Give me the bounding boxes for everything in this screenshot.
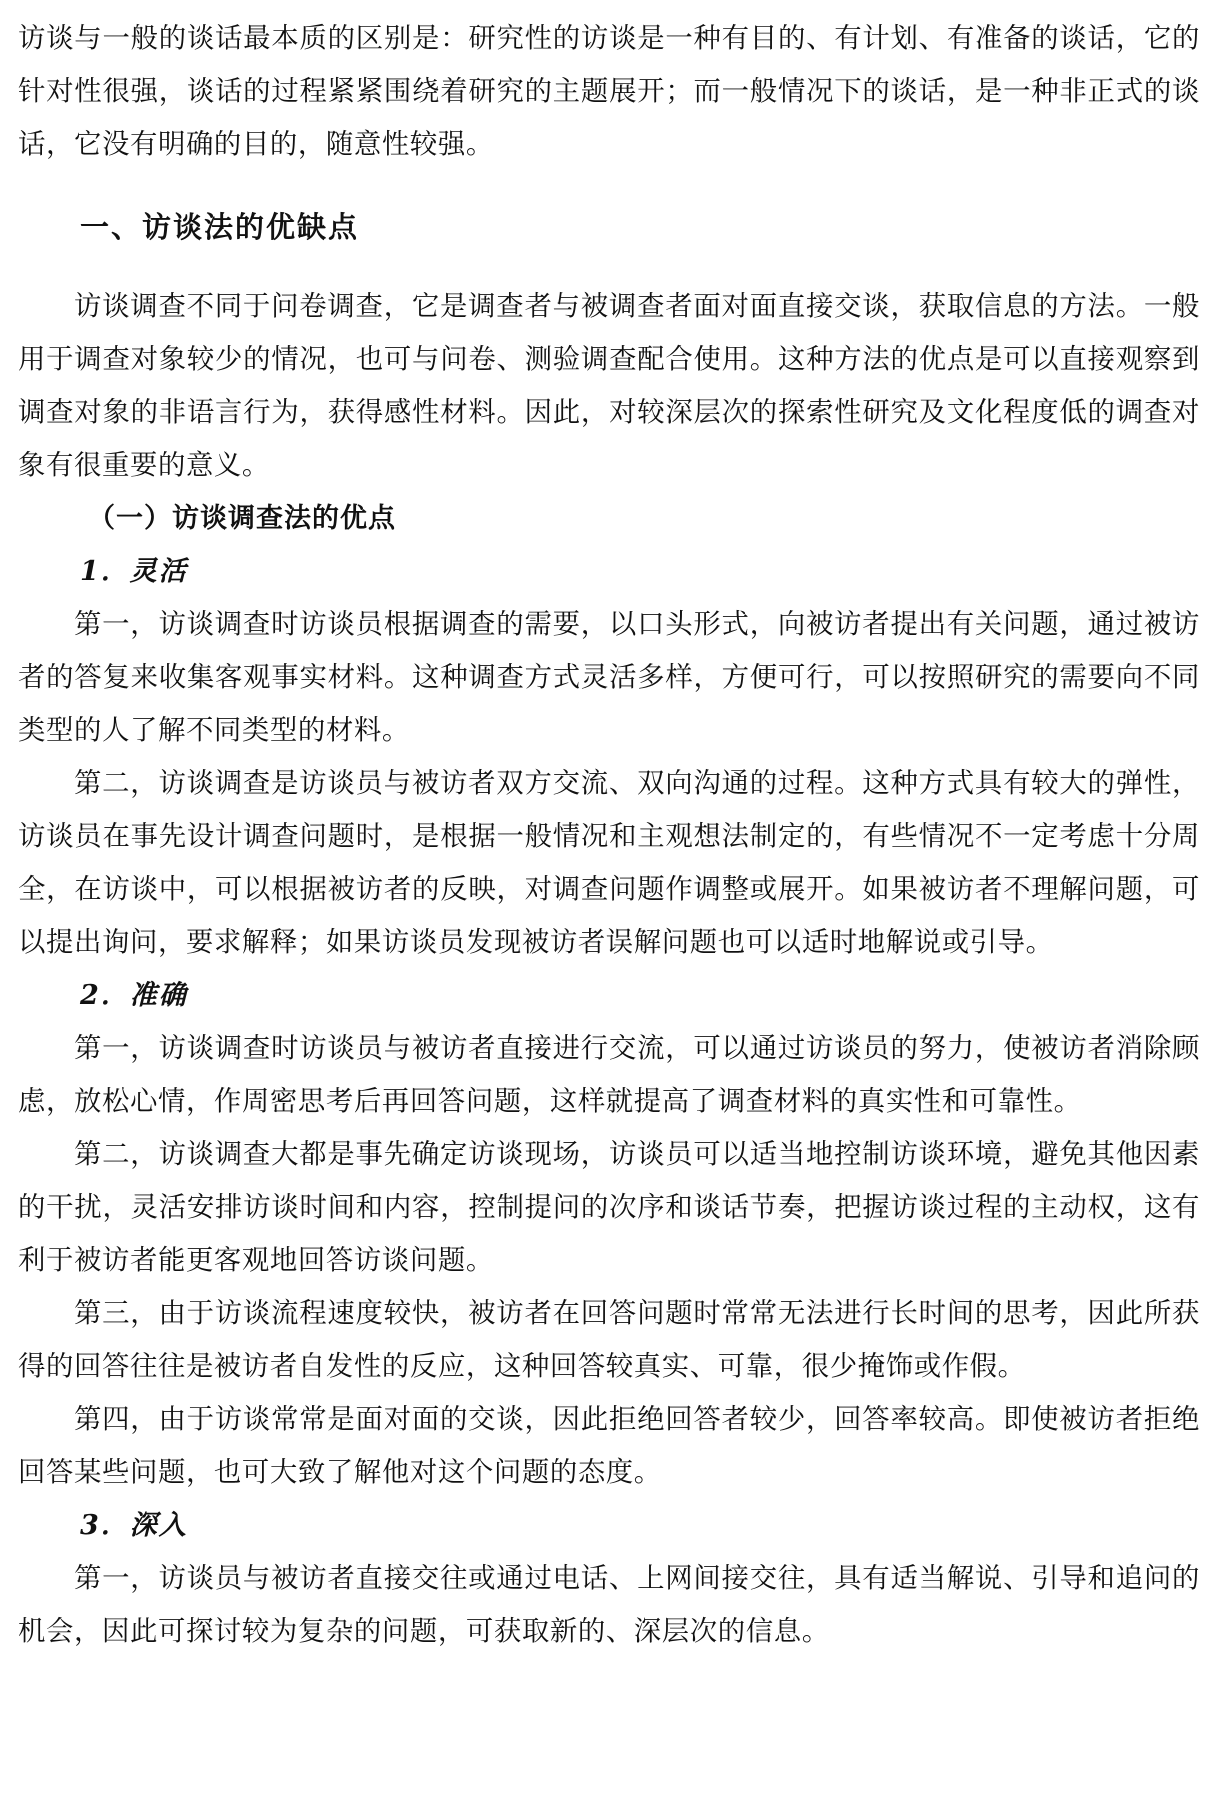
item-heading-in-depth: 3．深入 [18, 1499, 1200, 1552]
item-paragraph: 第二，访谈调查大都是事先确定访谈现场，访谈员可以适当地控制访谈环境，避免其他因素… [18, 1128, 1200, 1287]
item-paragraph: 第四，由于访谈常常是面对面的交谈，因此拒绝回答者较少，回答率较高。即使被访者拒绝… [18, 1393, 1200, 1499]
spacer [18, 254, 1200, 280]
item-paragraph: 第一，访谈调查时访谈员根据调查的需要，以口头形式，向被访者提出有关问题，通过被访… [18, 598, 1200, 757]
item-paragraph: 第一，访谈调查时访谈员与被访者直接进行交流，可以通过访谈员的努力，使被访者消除顾… [18, 1022, 1200, 1128]
section-heading: 一、访谈法的优缺点 [18, 201, 1200, 254]
subsection-heading: （一）访谈调查法的优点 [18, 492, 1200, 545]
item-heading-flexible: 1．灵活 [18, 545, 1200, 598]
document-page: 访谈与一般的谈话最本质的区别是：研究性的访谈是一种有目的、有计划、有准备的谈话，… [18, 12, 1200, 1658]
section-paragraph: 访谈调查不同于问卷调查，它是调查者与被调查者面对面直接交谈，获取信息的方法。一般… [18, 280, 1200, 492]
item-paragraph: 第二，访谈调查是访谈员与被访者双方交流、双向沟通的过程。这种方式具有较大的弹性，… [18, 757, 1200, 969]
spacer [18, 171, 1200, 201]
intro-paragraph: 访谈与一般的谈话最本质的区别是：研究性的访谈是一种有目的、有计划、有准备的谈话，… [18, 12, 1200, 171]
item-heading-accurate: 2．准确 [18, 969, 1200, 1022]
item-paragraph: 第一，访谈员与被访者直接交往或通过电话、上网间接交往，具有适当解说、引导和追问的… [18, 1552, 1200, 1658]
item-paragraph: 第三，由于访谈流程速度较快，被访者在回答问题时常常无法进行长时间的思考，因此所获… [18, 1287, 1200, 1393]
